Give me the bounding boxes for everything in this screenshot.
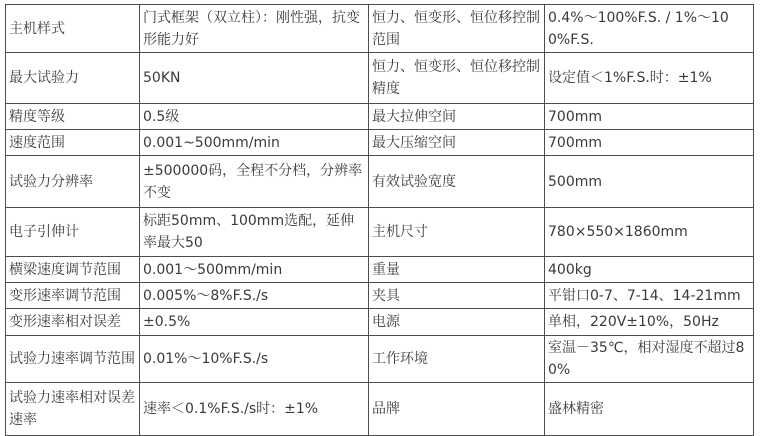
table-row: 电子引伸计 标距50mm、100mm选配，延伸率最大50 主机尺寸 780×55… <box>6 208 754 257</box>
table-row: 试验力速率相对误差速率 速率＜0.1%F.S./s时：±1% 品牌 盛林精密 <box>6 383 754 421</box>
spec-label-cell: 主机尺寸 <box>369 208 545 257</box>
spec-value-cell: 单相，220V±10%，50Hz <box>545 309 754 336</box>
spec-value-cell: 门式框架（双立柱）：刚性强，抗变形能力好 <box>140 5 369 53</box>
spec-value-cell: 设定值＜1%F.S.时：±1% <box>545 53 754 104</box>
spec-value-cell: 700mm <box>545 104 754 130</box>
spec-label-cell: 最大拉伸空间 <box>369 104 545 130</box>
spec-label-cell: 最大压缩空间 <box>369 130 545 156</box>
spec-label-cell: 精度等级 <box>6 104 140 130</box>
table-row: 最大试验力 50KN 恒力、恒变形、恒位移控制精度 设定值＜1%F.S.时：±1… <box>6 53 754 104</box>
spec-value-cell: 盛林精密 <box>545 383 754 421</box>
spec-label-cell: 夹具 <box>369 283 545 309</box>
spec-value-cell: 0.5级 <box>140 104 369 130</box>
spec-label-cell: 试验力速率调节范围 <box>6 336 140 383</box>
spec-label-cell: 有效试验宽度 <box>369 156 545 208</box>
spec-value-cell: 780×550×1860mm <box>545 208 754 257</box>
table-row: 变形速率相对误差 ±0.5% 电源 单相，220V±10%，50Hz <box>6 309 754 336</box>
spec-value-cell: 0.001～500mm/min <box>140 257 369 283</box>
spec-value-cell: 0.001~500mm/min <box>140 130 369 156</box>
table-row: 试验力速率调节范围 0.01%～10%F.S./s 工作环境 室温－35℃，相对… <box>6 336 754 383</box>
spec-label-cell: 变形速率调节范围 <box>6 283 140 309</box>
spec-value-cell: 700mm <box>545 130 754 156</box>
spec-label-cell: 品牌 <box>369 383 545 421</box>
spec-table: 主机样式 门式框架（双立柱）：刚性强，抗变形能力好 恒力、恒变形、恒位移控制范围… <box>5 4 754 420</box>
spec-label-cell: 试验力分辨率 <box>6 156 140 208</box>
spec-value-cell: 标距50mm、100mm选配，延伸率最大50 <box>140 208 369 257</box>
table-row: 试验力分辨率 ±500000码，全程不分档，分辨率不变 有效试验宽度 500mm <box>6 156 754 208</box>
spec-label-cell: 速度范围 <box>6 130 140 156</box>
spec-label-cell: 电源 <box>369 309 545 336</box>
table-row: 精度等级 0.5级 最大拉伸空间 700mm <box>6 104 754 130</box>
spec-label-cell: 最大试验力 <box>6 53 140 104</box>
spec-label-cell: 变形速率相对误差 <box>6 309 140 336</box>
spec-value-cell: 0.01%～10%F.S./s <box>140 336 369 383</box>
spec-label-cell: 电子引伸计 <box>6 208 140 257</box>
spec-value-cell: 室温－35℃，相对湿度不超过80% <box>545 336 754 383</box>
table-row: 变形速率调节范围 0.005%～8%F.S./s 夹具 平钳口0-7、7-14、… <box>6 283 754 309</box>
spec-label-cell: 主机样式 <box>6 5 140 53</box>
spec-label-cell: 试验力速率相对误差速率 <box>6 383 140 421</box>
spec-label-cell: 横梁速度调节范围 <box>6 257 140 283</box>
spec-table-body: 主机样式 门式框架（双立柱）：刚性强，抗变形能力好 恒力、恒变形、恒位移控制范围… <box>6 5 754 421</box>
spec-value-cell: 平钳口0-7、7-14、14-21mm <box>545 283 754 309</box>
spec-value-cell: 500mm <box>545 156 754 208</box>
spec-value-cell: 0.4%～100%F.S. / 1%～100%F.S. <box>545 5 754 53</box>
spec-value-cell: 400kg <box>545 257 754 283</box>
table-row: 横梁速度调节范围 0.001～500mm/min 重量 400kg <box>6 257 754 283</box>
spec-value-cell: ±500000码，全程不分档，分辨率不变 <box>140 156 369 208</box>
spec-label-cell: 恒力、恒变形、恒位移控制精度 <box>369 53 545 104</box>
spec-value-cell: ±0.5% <box>140 309 369 336</box>
spec-value-cell: 0.005%～8%F.S./s <box>140 283 369 309</box>
table-row: 主机样式 门式框架（双立柱）：刚性强，抗变形能力好 恒力、恒变形、恒位移控制范围… <box>6 5 754 53</box>
table-row: 速度范围 0.001~500mm/min 最大压缩空间 700mm <box>6 130 754 156</box>
spec-value-cell: 50KN <box>140 53 369 104</box>
spec-label-cell: 工作环境 <box>369 336 545 383</box>
spec-label-cell: 重量 <box>369 257 545 283</box>
spec-value-cell: 速率＜0.1%F.S./s时：±1% <box>140 383 369 421</box>
spec-label-cell: 恒力、恒变形、恒位移控制范围 <box>369 5 545 53</box>
